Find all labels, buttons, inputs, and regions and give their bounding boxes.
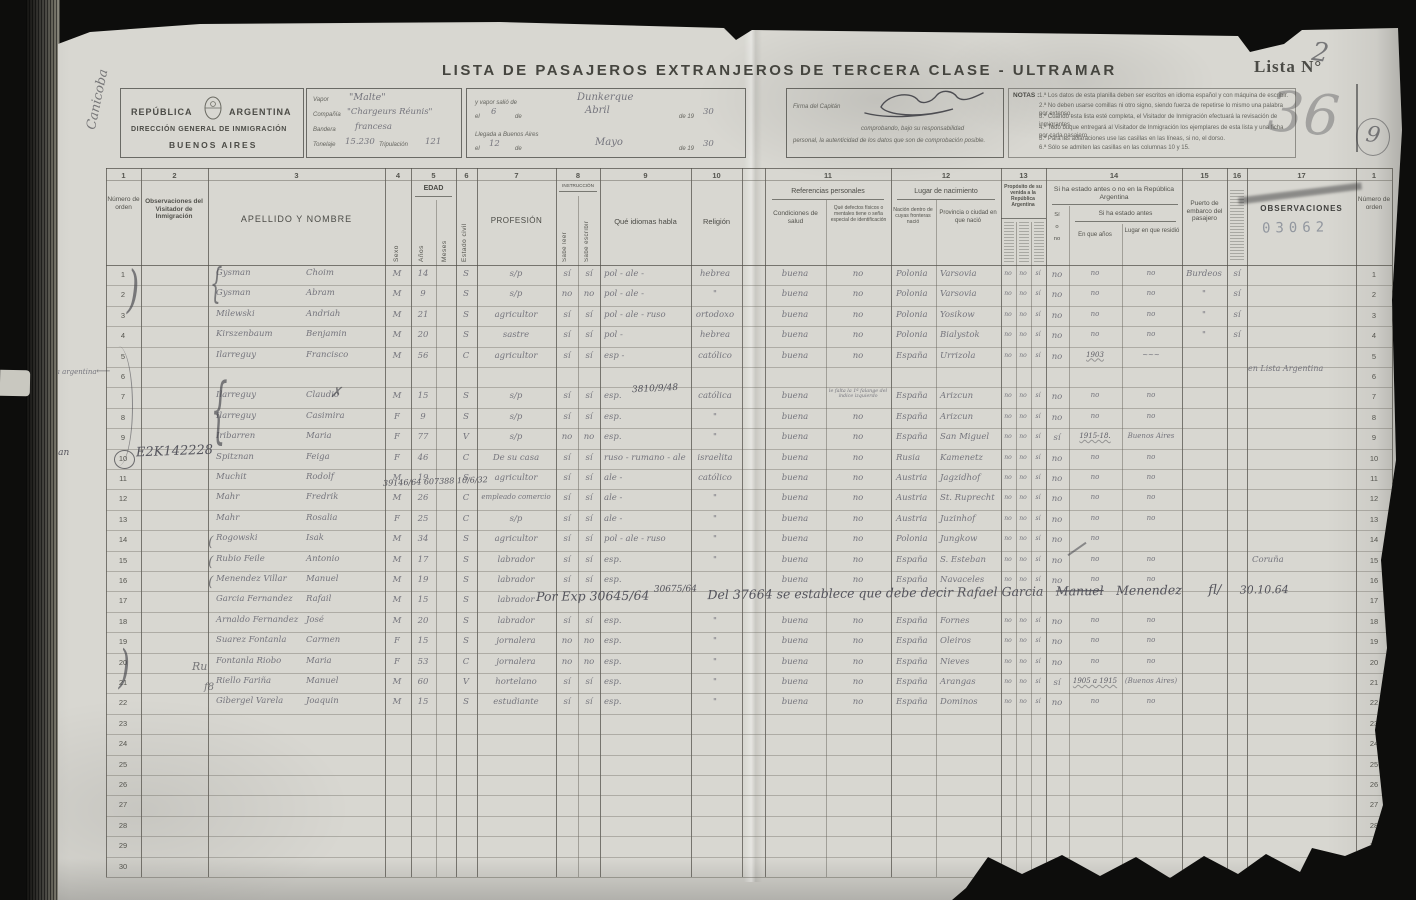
row20-sex: F [394,657,400,667]
row22-reads: sí [563,697,570,707]
row7-health: buena [782,391,809,401]
grid-line [106,367,1392,368]
row-number-right: 24 [1370,739,1378,748]
row-number-left: 22 [119,698,127,707]
row20-residence: no [1147,657,1156,665]
grid-line [106,530,1392,531]
row2-col16: sí [1233,289,1240,299]
correction-part2: Del 37664 se establece que debe decir Ra… [707,584,1043,603]
col-sabe-escribir: Sabe escribir [584,200,590,262]
grid-line [106,571,1392,572]
row13-religion: " [713,514,717,524]
grid-line [106,387,1392,388]
row16-age: 19 [418,575,429,585]
grid-line [1247,168,1248,877]
vapor-label: Vapor [313,96,329,104]
row5-surname: Ilarreguy [216,350,256,360]
pencil-paren-rows1-2: ) [127,259,140,318]
row15-writes: sí [585,555,592,565]
row13-defects: no [853,514,864,524]
row3-years: no [1091,310,1100,318]
org-republica: REPÚBLICA [131,107,193,117]
row22-languages: esp. [604,697,622,707]
pencil-slash-row14 [1067,542,1086,556]
row7-p1: no [1004,392,1011,399]
row4-defects: no [853,330,864,340]
row10-p3: sí [1036,454,1041,461]
row2-writes: no [584,289,595,299]
row14-civil-status: S [463,534,469,544]
de19-label-2: de 19 [679,145,694,153]
row15-reads: sí [563,555,570,565]
row21-civil-status: V [463,677,469,687]
margin-note-row6-right: en Lista Argentina [1248,364,1323,373]
row3-reads: sí [563,310,570,320]
grid-line [891,168,892,877]
col-proposito-group: Propósito de su venida a la República Ar… [1000,184,1046,208]
row19-p1: no [1004,637,1011,644]
row12-surname: Mahr [216,492,239,502]
row10-years: no [1091,453,1100,461]
grid-line [141,168,142,877]
grid-line [477,168,478,877]
row-number-left: 28 [119,821,127,830]
column-number: 8 [576,171,580,180]
llegada-label: Llegada a Buenos Aires [475,131,539,139]
col-instruccion-group: INSTRUCCIÓN [556,183,600,188]
correction-part1: Por Exp 30645/64 [536,588,650,604]
row3-surname: Milewski [216,309,255,319]
anio2-value: 30 [703,139,714,149]
estado-antes-underline [1052,204,1178,205]
row15-defects: no [853,555,864,565]
row1-col16: sí [1233,269,1240,279]
row12-p3: sí [1036,494,1041,501]
row-number-left: 12 [119,494,127,503]
row1-writes: sí [585,269,592,279]
grid-line [106,551,1392,552]
row19-civil-status: S [463,636,469,646]
row21-languages: esp. [604,677,622,687]
row8-p2: no [1019,413,1026,420]
row4-reads: sí [563,330,570,340]
row20-civil-status: C [463,657,470,667]
margin-signature: Canicoba [84,68,111,131]
col-edad-group: EDAD [411,185,456,192]
row15-p1: no [1004,556,1011,563]
row21-p2: no [1019,678,1026,685]
row21-sex: M [393,677,402,687]
row2-been-before: no [1052,290,1063,300]
row2-p2: no [1019,290,1026,297]
row-number-right: 1 [1372,270,1376,279]
row20-p2: no [1019,658,1026,665]
column-number: 13 [1019,171,1027,180]
row5-reads: sí [563,351,570,361]
document-page: LISTA DE PASAJEROS EXTRANJEROS DE TERCER… [0,0,1416,900]
row22-nation: España [896,697,928,707]
row4-col16: sí [1233,330,1240,340]
row-number-right: 22 [1370,698,1378,707]
column-number: 11 [824,171,832,180]
captain-box: Firma del Capitán comprobando, bajo su r… [786,88,1004,158]
row3-port: " [1202,310,1206,320]
column-number: 3 [294,171,298,180]
row-number-right: 5 [1372,352,1376,361]
column-number: 10 [712,171,720,180]
col-idiomas: Qué idiomas habla [600,217,691,226]
row14-givenname: Isak [306,533,324,543]
col-referencias-group: Referencias personales [765,188,891,195]
row15-been-before: no [1052,556,1063,566]
bandera-label: Bandera [313,126,336,134]
row-number-left: 27 [119,800,127,809]
row13-residence: no [1147,514,1156,522]
grid-line [106,816,1392,817]
row7-religion: católica [698,391,732,401]
row15-religion: " [713,555,717,565]
grid-line [106,755,1392,756]
row20-province: Nieves [940,657,969,667]
row5-residence: ~~~ [1142,351,1160,359]
lista-number-handwritten: 2 [1310,37,1331,69]
row14-writes: sí [585,534,592,544]
row22-givenname: Joaquin [306,696,339,706]
row8-defects: no [853,412,864,422]
row11-p3: sí [1036,474,1041,481]
tonelaje-label: Tonelaje [313,141,335,149]
row1-languages: pol - ale - [604,269,644,279]
row12-languages: ale - [604,493,622,503]
row12-health: buena [782,493,809,503]
row1-province: Varsovia [940,269,977,279]
row4-religion: hebrea [700,330,730,340]
row18-civil-status: S [463,616,469,626]
row2-reads: no [562,289,573,299]
brace-rows7-9: { [211,368,228,452]
grid-line [1046,168,1047,877]
row11-province: Jagzidhof [940,473,980,483]
row18-sex: M [393,616,402,626]
row21-surname: Riello Fariña [216,676,271,686]
grid-line [411,168,412,877]
row4-province: Bialystok [940,330,980,340]
row20-nation: España [896,657,928,667]
de-label-1: de [515,113,522,121]
row21-defects: no [853,677,864,687]
grid-line [106,168,107,877]
row-number-right: 29 [1370,841,1378,850]
row-number-right: 17 [1370,596,1378,605]
row4-sex: M [393,330,402,340]
correction-date: 30.10.64 [1240,583,1289,597]
row22-years: no [1091,697,1100,705]
row4-nation: Polonia [896,330,928,340]
row8-reads: sí [563,412,570,422]
row8-writes: sí [585,412,592,422]
col-profesion: PROFESIÓN [477,216,556,225]
row3-nation: Polonia [896,310,928,320]
row-number-right: 19 [1370,637,1378,646]
stamp-smear [1238,182,1362,204]
row2-languages: pol - ale - [604,289,644,299]
anio1-value: 30 [703,107,714,117]
row2-province: Varsovia [940,289,977,299]
row-number-right: 8 [1372,413,1376,422]
row15-surname: Rubio Feile [216,554,265,564]
grid-line [106,347,1392,348]
row-number-left: 16 [119,576,127,585]
proposito-fine-print-2 [1019,222,1029,262]
col-observaciones: OBSERVACIONES [1247,204,1356,213]
row1-givenname: Choim [306,268,334,278]
nota-6: 6.ª Sólo se admiten las casillas en las … [1039,144,1291,152]
paren-row14: ( [208,534,213,550]
row20-defects: no [853,657,864,667]
row3-givenname: Andriah [306,309,340,319]
row11-reads: sí [563,473,570,483]
row14-p1: no [1004,535,1011,542]
row8-residence: no [1147,412,1156,420]
number-row7: 3810/9/48 [632,383,679,395]
row21-residence: (Buenos Aires) [1125,677,1177,685]
row1-p1: no [1004,270,1011,277]
row14-province: Jungkow [940,534,977,544]
row-number-left: 30 [119,862,127,871]
stamp-number: 03062 [1262,219,1329,236]
org-direccion: DIRECCIÓN GENERAL DE INMIGRACIÓN [131,126,287,133]
row19-defects: no [853,636,864,646]
row9-languages: esp. [604,432,622,442]
row3-residence: no [1147,310,1156,318]
row8-civil-status: S [463,412,469,422]
row9-p3: sí [1036,433,1041,440]
col-si-3: no [1047,236,1067,244]
grid-line [106,714,1392,715]
row19-residence: no [1147,636,1156,644]
row19-languages: esp. [604,636,622,646]
row8-languages: esp. [604,412,622,422]
row12-religion: " [713,493,717,503]
row14-religion: " [713,534,717,544]
book-page-edges [26,0,60,900]
row-number-left: 29 [119,841,127,850]
row-number-right: 12 [1370,494,1378,503]
row19-p2: no [1019,637,1026,644]
row11-givenname: Rodolf [306,472,334,482]
row9-been-before: sí [1053,433,1060,443]
col-defectos: Qué defectos físicos o mentales tiene o … [828,205,889,223]
grid-line [106,449,1392,450]
row9-givenname: Maria [306,431,332,441]
row15-age: 17 [418,555,429,565]
grid-line [106,306,1392,307]
bookmark-slip [0,370,30,397]
row-number-right: 16 [1370,576,1378,585]
row4-p3: sí [1036,331,1041,338]
row10-p2: no [1019,454,1026,461]
row19-profession: jornalera [496,636,535,646]
correction-note: Por Exp 30645/64 30675/64 Del 37664 se e… [536,578,1289,606]
correction-part3: Menendez [1116,582,1182,598]
row13-health: buena [782,514,809,524]
row-number-left: 18 [119,617,127,626]
row18-profession: labrador [498,616,535,626]
grid-line [106,168,1392,169]
pencil-arc-rows5-10 [104,346,133,466]
row10-sex: F [394,453,400,463]
row18-surname: Arnaldo Fernandez [216,615,298,625]
col-en-que-anos: En que años [1070,232,1120,240]
row15-p2: no [1019,556,1026,563]
pencil-paren-rows21-22: ) [118,640,129,694]
row9-nation: España [896,432,928,442]
row11-nation: Austria [896,473,927,483]
col-provincia: Provincia o ciudad en que nació [937,210,999,225]
row10-residence: no [1147,453,1156,461]
row-number-right: 2 [1372,290,1376,299]
row1-years: no [1091,269,1100,277]
row18-givenname: José [306,615,324,625]
row17-surname: Garcia Fernandez [216,594,293,604]
row1-defects: no [853,269,864,279]
row18-province: Fornes [940,616,969,626]
row3-profession: agricultor [495,310,538,320]
row11-been-before: no [1052,474,1063,484]
row21-age: 60 [418,677,429,687]
row22-profession: estudiante [493,697,538,707]
x-mark-row7: ✗ [330,385,342,401]
col-meses: Meses [441,210,448,262]
row21-province: Arangas [940,677,976,687]
row21-years: 1905 a 1915 [1073,677,1117,685]
row7-profession: s/p [510,391,523,401]
row11-languages: ale - [604,473,622,483]
grid-line [106,612,1392,613]
grid-line [106,469,1392,470]
row4-port: " [1202,330,1206,340]
row16-surname: Menendez Villar [216,574,287,584]
column-number: 4 [396,171,400,180]
row2-sex: M [393,289,402,299]
row-number-left: 14 [119,535,127,544]
row21-p3: sí [1036,678,1041,685]
row3-defects: no [853,310,864,320]
row19-sex: F [394,636,400,646]
row8-been-before: no [1052,413,1063,423]
row9-province: San Miguel [940,432,989,442]
row9-residence: Buenos Aires [1128,432,1175,440]
column-number: 14 [1110,171,1118,180]
vapor-value: "Malte" [349,92,386,103]
nota-5: 5.ª Para las aclaraciones use las casill… [1039,135,1291,143]
grid-line [691,168,692,877]
row22-writes: sí [585,697,592,707]
row10-givenname: Feiga [306,452,330,462]
row19-surname: Suarez Fontanla [216,635,286,645]
row-number-right: 3 [1372,311,1376,320]
grid-line [1392,168,1393,877]
grid-line [765,168,766,877]
col-estado-civil: Estado civil [461,202,468,262]
row20-writes: no [584,657,595,667]
row-number-right: 9 [1372,433,1376,442]
row15-nation: España [896,555,928,565]
row4-age: 20 [418,330,429,340]
row22-province: Dominos [940,697,978,707]
row5-religion: católico [698,351,732,361]
row13-p2: no [1019,515,1026,522]
column-number: 1 [1372,171,1376,180]
row2-p1: no [1004,290,1011,297]
row18-health: buena [782,616,809,626]
row4-been-before: no [1052,331,1063,341]
notas-title: NOTAS : [1013,92,1039,99]
row7-writes: sí [585,391,592,401]
row14-sex: M [393,534,402,544]
row11-years: no [1091,473,1100,481]
ha-estado-underline [1075,221,1176,222]
row15-languages: esp. [604,555,622,565]
row13-reads: sí [563,514,570,524]
row-number-left: 23 [119,719,127,728]
row10-religion: israelita [697,453,732,463]
row15-residence: no [1147,555,1156,563]
page-title-left: LISTA DE PASAJEROS EXTRANJEROS [442,62,796,79]
row8-nation: España [896,412,928,422]
row12-civil-status: C [463,493,470,503]
row19-age: 15 [418,636,429,646]
grid-line [106,180,1392,181]
row1-nation: Polonia [896,269,928,279]
row10-nation: Rusia [896,453,920,463]
row13-sex: F [394,514,400,524]
margin-arrow-row6: ⟵ [96,366,110,377]
compania-value: "Chargeurs Réunis" [347,107,432,117]
row13-p1: no [1004,515,1011,522]
grid-line [1001,168,1002,877]
row4-health: buena [782,330,809,340]
row2-defects: no [853,289,864,299]
row9-age: 77 [418,432,429,442]
row9-defects: no [853,432,864,442]
row-number-left: 13 [119,515,127,524]
row7-p2: no [1019,392,1026,399]
row5-p2: no [1019,352,1026,359]
row8-religion: " [713,412,717,422]
row1-been-before: no [1052,270,1063,280]
row-number-right: 30 [1370,862,1378,871]
row18-years: no [1091,616,1100,624]
voyage-box: y vapor salió de Dunkerque el 6 de Abril… [466,88,746,158]
row19-been-before: no [1052,637,1063,647]
row16-sex: M [393,575,402,585]
row3-religion: ortodoxo [696,310,734,320]
row20-age: 53 [418,657,429,667]
row21-been-before: sí [1053,678,1060,688]
proposito-underline [1001,218,1046,219]
grid-line [106,795,1392,796]
proposito-fine-print-1 [1004,222,1014,262]
row14-p3: sí [1036,535,1041,542]
column-number: 6 [464,171,468,180]
col-numero-orden-right: Número de orden [1356,196,1392,211]
row3-health: buena [782,310,809,320]
row1-health: buena [782,269,809,279]
row9-religion: " [713,432,717,442]
row21-religion: " [713,677,717,687]
row1-sex: M [393,269,402,279]
